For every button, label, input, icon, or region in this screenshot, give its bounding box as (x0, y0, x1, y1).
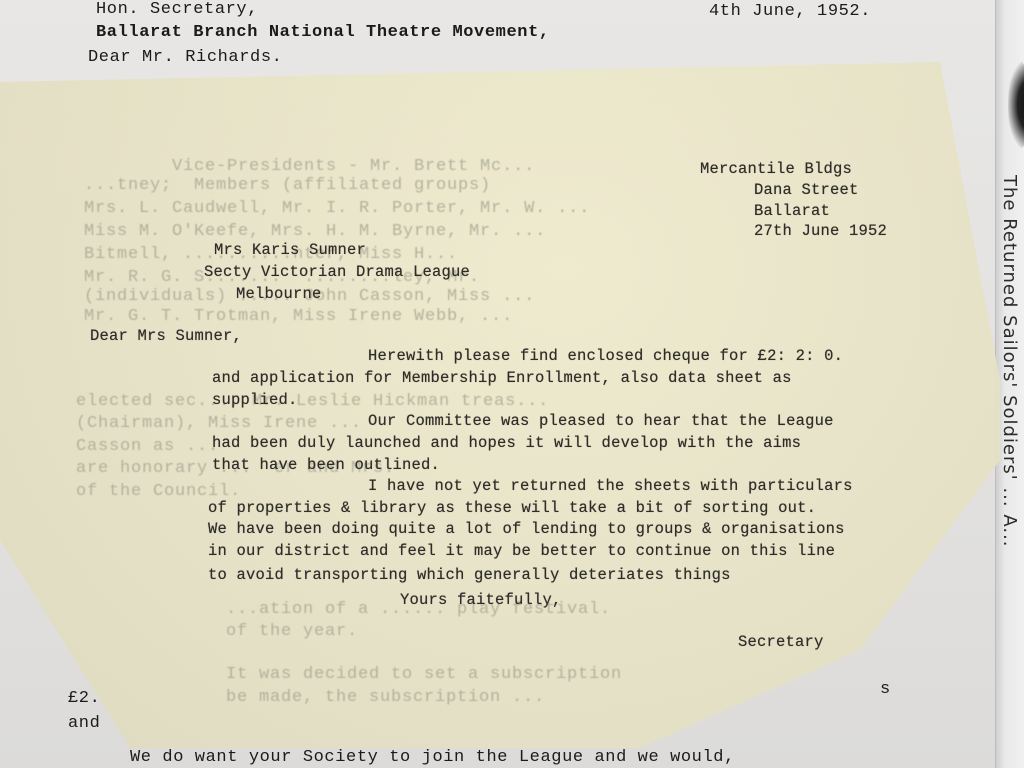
body-line: Our Committee was pleased to hear that t… (368, 412, 834, 430)
underlying-recipient-org: Ballarat Branch National Theatre Movemen… (96, 23, 550, 42)
recipient-title: Secty Victorian Drama League (204, 263, 470, 281)
underlying-recipient-title: Hon. Secretary, (96, 0, 258, 19)
body-line: that have been outlined. (212, 456, 440, 474)
body-line: I have not yet returned the sheets with … (368, 477, 853, 495)
body-line: in our district and feel it may be bette… (208, 542, 835, 560)
letter-salutation: Dear Mrs Sumner, (90, 327, 242, 345)
side-shadow (1008, 60, 1024, 150)
sender-address-line: Ballarat (754, 202, 830, 220)
body-line: had been duly launched and hopes it will… (212, 434, 801, 452)
body-line: supplied. (212, 391, 298, 409)
recipient-name: Mrs Karis Sumner (214, 241, 366, 259)
underlying-salutation: Dear Mr. Richards. (88, 48, 282, 67)
body-line: of properties & library as these will ta… (208, 499, 816, 517)
letter-date: 27th June 1952 (754, 222, 887, 240)
body-line: Herewith please find enclosed cheque for… (368, 347, 843, 365)
underlying-fragment-and: and (68, 714, 100, 733)
underlying-bottom-line: We do want your Society to join the Leag… (130, 748, 735, 767)
underlying-date: 4th June, 1952. (709, 2, 871, 21)
letter-closing: Yours faitefully, (400, 591, 562, 609)
sender-address-line: Dana Street (754, 181, 859, 199)
body-line: to avoid transporting which generally de… (208, 566, 731, 584)
body-line: We have been doing quite a lot of lendin… (208, 520, 845, 538)
body-line: and application for Membership Enrollmen… (212, 369, 792, 387)
side-sheet-text: The Returned Sailors' Soldiers' ... A... (999, 175, 1020, 548)
letter-signature: Secretary (738, 633, 824, 651)
sender-address-line: Mercantile Bldgs (700, 160, 852, 178)
document-photo: Hon. Secretary, Ballarat Branch National… (0, 0, 1024, 768)
underlying-fragment-s: s (880, 680, 891, 699)
recipient-city: Melbourne (236, 285, 322, 303)
